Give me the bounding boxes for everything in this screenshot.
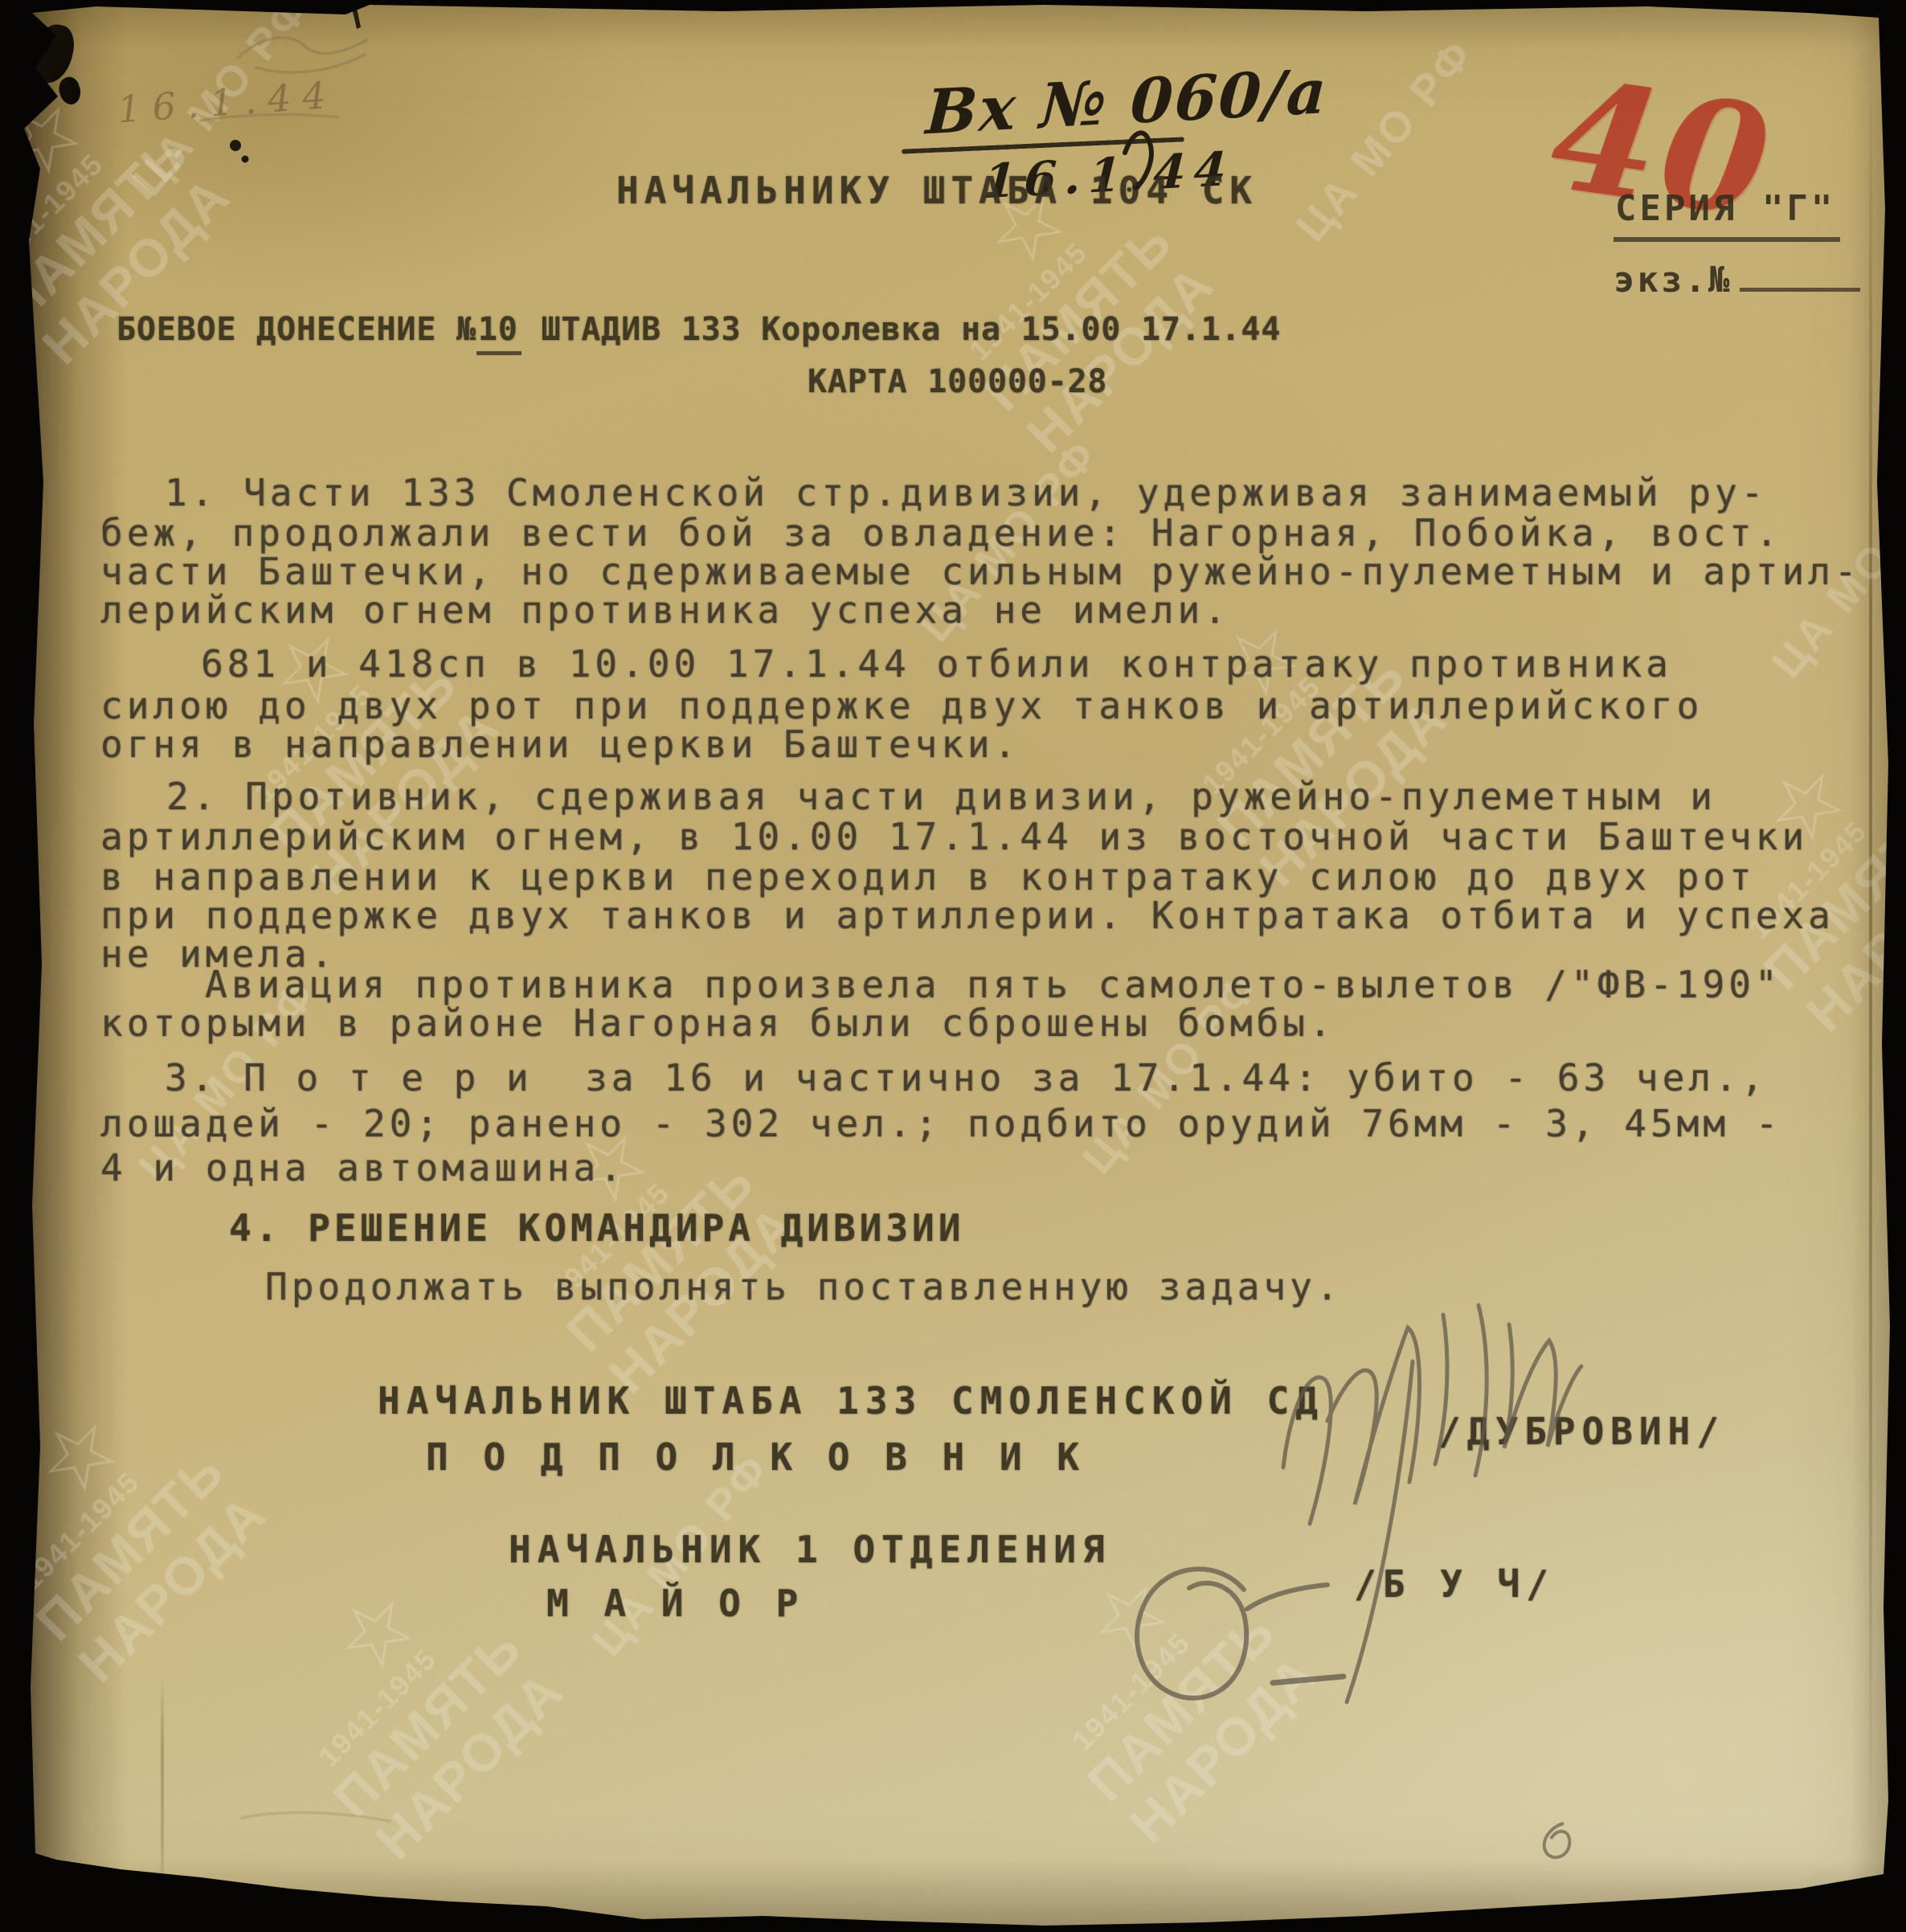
typed-line: в направлении к церкви переходил в контр… bbox=[100, 858, 1756, 895]
star-icon: ☆ bbox=[0, 45, 135, 230]
watermark-text: 1941-1945 bbox=[297, 1627, 457, 1787]
typed-line: Продолжать выполнять поставленную задачу… bbox=[265, 1268, 1342, 1305]
watermark-pamyat-naroda: ☆1941-1945ПАМЯТЬНАРОДА bbox=[997, 1524, 1330, 1856]
watermark-text: НАРОДА bbox=[1014, 253, 1226, 465]
dubrovin-signature bbox=[1283, 1305, 1581, 1702]
scanned-combat-report: ЦА МО РФЦА МО РФЦА МО РФЦА МО РФЦА МО РФ… bbox=[0, 0, 1906, 1932]
watermark-pamyat-naroda: ☆1941-1945ПАМЯТЬНАРОДА bbox=[243, 1540, 576, 1873]
map-reference-line: КАРТА 100000-28 bbox=[808, 366, 1107, 398]
typed-line: /ДУБРОВИН/ bbox=[1438, 1413, 1725, 1450]
incoming-number-handwritten: Вх № 060/а bbox=[924, 55, 1330, 149]
typed-line: П О Д П О Л К О В Н И К bbox=[426, 1439, 1086, 1476]
typed-line: 2. Противник, сдерживая части дивизии, р… bbox=[166, 778, 1716, 815]
pencil-squiggle bbox=[1544, 1824, 1570, 1857]
watermark-text: НАРОДА bbox=[1117, 1643, 1329, 1856]
typed-line: артиллерийским огнем, в 10.00 17.1.44 из… bbox=[100, 818, 1808, 855]
typed-line: 1. Части 133 Смоленской стр.дивизии, уде… bbox=[165, 474, 1767, 511]
watermark-text: 1941-1945 bbox=[0, 133, 125, 293]
watermark-text: ПАМЯТЬ bbox=[321, 1618, 534, 1830]
typed-line: Авиация противника произвела пять самоле… bbox=[205, 966, 1781, 1003]
copy-number-blank bbox=[1740, 257, 1860, 292]
watermark-text: НАРОДА bbox=[363, 1660, 575, 1872]
series-label: СЕРИЯ "Г" bbox=[1614, 188, 1840, 242]
typed-line: лерийским огнем противника успеха не име… bbox=[100, 591, 1230, 628]
addressee-line: НАЧАЛЬНИКУ ШТАБА 104 СК bbox=[616, 172, 1258, 209]
watermark-text: ПАМЯТЬ bbox=[1075, 1602, 1287, 1814]
typed-line: лошадей - 20; ранено - 302 чел.; подбито… bbox=[100, 1105, 1781, 1142]
watermark-text: НАРОДА bbox=[66, 1483, 278, 1695]
watermark-pamyat-naroda: ☆1941-1945ПАМЯТЬНАРОДА bbox=[0, 1363, 279, 1696]
report-number: 10 bbox=[476, 311, 521, 355]
typed-line: 3. П о т е р и за 16 и частично за 17.1.… bbox=[165, 1059, 1767, 1096]
typed-line: беж, продолжали вести бой за овладение: … bbox=[100, 514, 1781, 551]
watermark-text: 1941-1945 bbox=[948, 221, 1108, 381]
typed-line: М А Й О Р bbox=[546, 1585, 804, 1622]
typed-line: /Б У Ч/ bbox=[1354, 1566, 1555, 1602]
typed-line: которыми в районе Нагорная были сброшены… bbox=[100, 1005, 1335, 1042]
watermark-text: 1941-1945 bbox=[1051, 1611, 1211, 1771]
buch-signature bbox=[1137, 1569, 1344, 1697]
paper-tear-hole bbox=[55, 75, 84, 108]
watermark-text: ПАМЯТЬ bbox=[0, 123, 201, 335]
title-suffix: ШТАДИВ 133 Королевка на 15.00 17.1.44 bbox=[521, 311, 1282, 348]
typed-line: 4 и одна автомашина. bbox=[100, 1149, 626, 1186]
typed-line: при поддержке двух танков и артиллерии. … bbox=[100, 897, 1834, 934]
paper-crease bbox=[1869, 48, 1872, 1848]
paper-sheet: ЦА МО РФЦА МО РФЦА МО РФЦА МО РФЦА МО РФ… bbox=[0, 0, 1906, 1932]
watermark-text: 1941-1945 bbox=[0, 1451, 160, 1611]
typed-line: силою до двух рот при поддержке двух тан… bbox=[100, 687, 1703, 724]
star-icon: ☆ bbox=[0, 1363, 171, 1548]
paper-tear-hole bbox=[28, 21, 78, 87]
typed-line: НАЧАЛЬНИК 1 ОТДЕЛЕНИЯ bbox=[509, 1531, 1111, 1568]
typed-line: огня в направлении церкви Баштечки. bbox=[100, 726, 1020, 763]
star-icon: ☆ bbox=[284, 1540, 468, 1725]
title-prefix: БОЕВОЕ ДОНЕСЕНИЕ № bbox=[117, 311, 476, 348]
typed-line: части Баштечки, но сдерживаемые сильным … bbox=[100, 553, 1861, 590]
copy-number-label: экз.№ bbox=[1614, 257, 1860, 301]
typed-line: 4. РЕШЕНИЕ КОМАНДИРА ДИВИЗИИ bbox=[229, 1210, 964, 1246]
typed-line: НАЧАЛЬНИК ШТАБА 133 СМОЛЕНСКОЙ СД bbox=[378, 1382, 1324, 1419]
copy-label-text: экз.№ bbox=[1614, 260, 1732, 301]
watermark-text: ПАМЯТЬ bbox=[24, 1441, 236, 1653]
paper-crease bbox=[161, 1672, 164, 1913]
typed-line: 681 и 418сп в 10.00 17.1.44 отбили контр… bbox=[201, 645, 1672, 682]
document-title: БОЕВОЕ ДОНЕСЕНИЕ №10 ШТАДИВ 133 Королевк… bbox=[117, 313, 1281, 346]
watermark-text: НАРОДА bbox=[1794, 832, 1906, 1044]
pencil-date-note: 16.1.44 bbox=[116, 73, 338, 132]
